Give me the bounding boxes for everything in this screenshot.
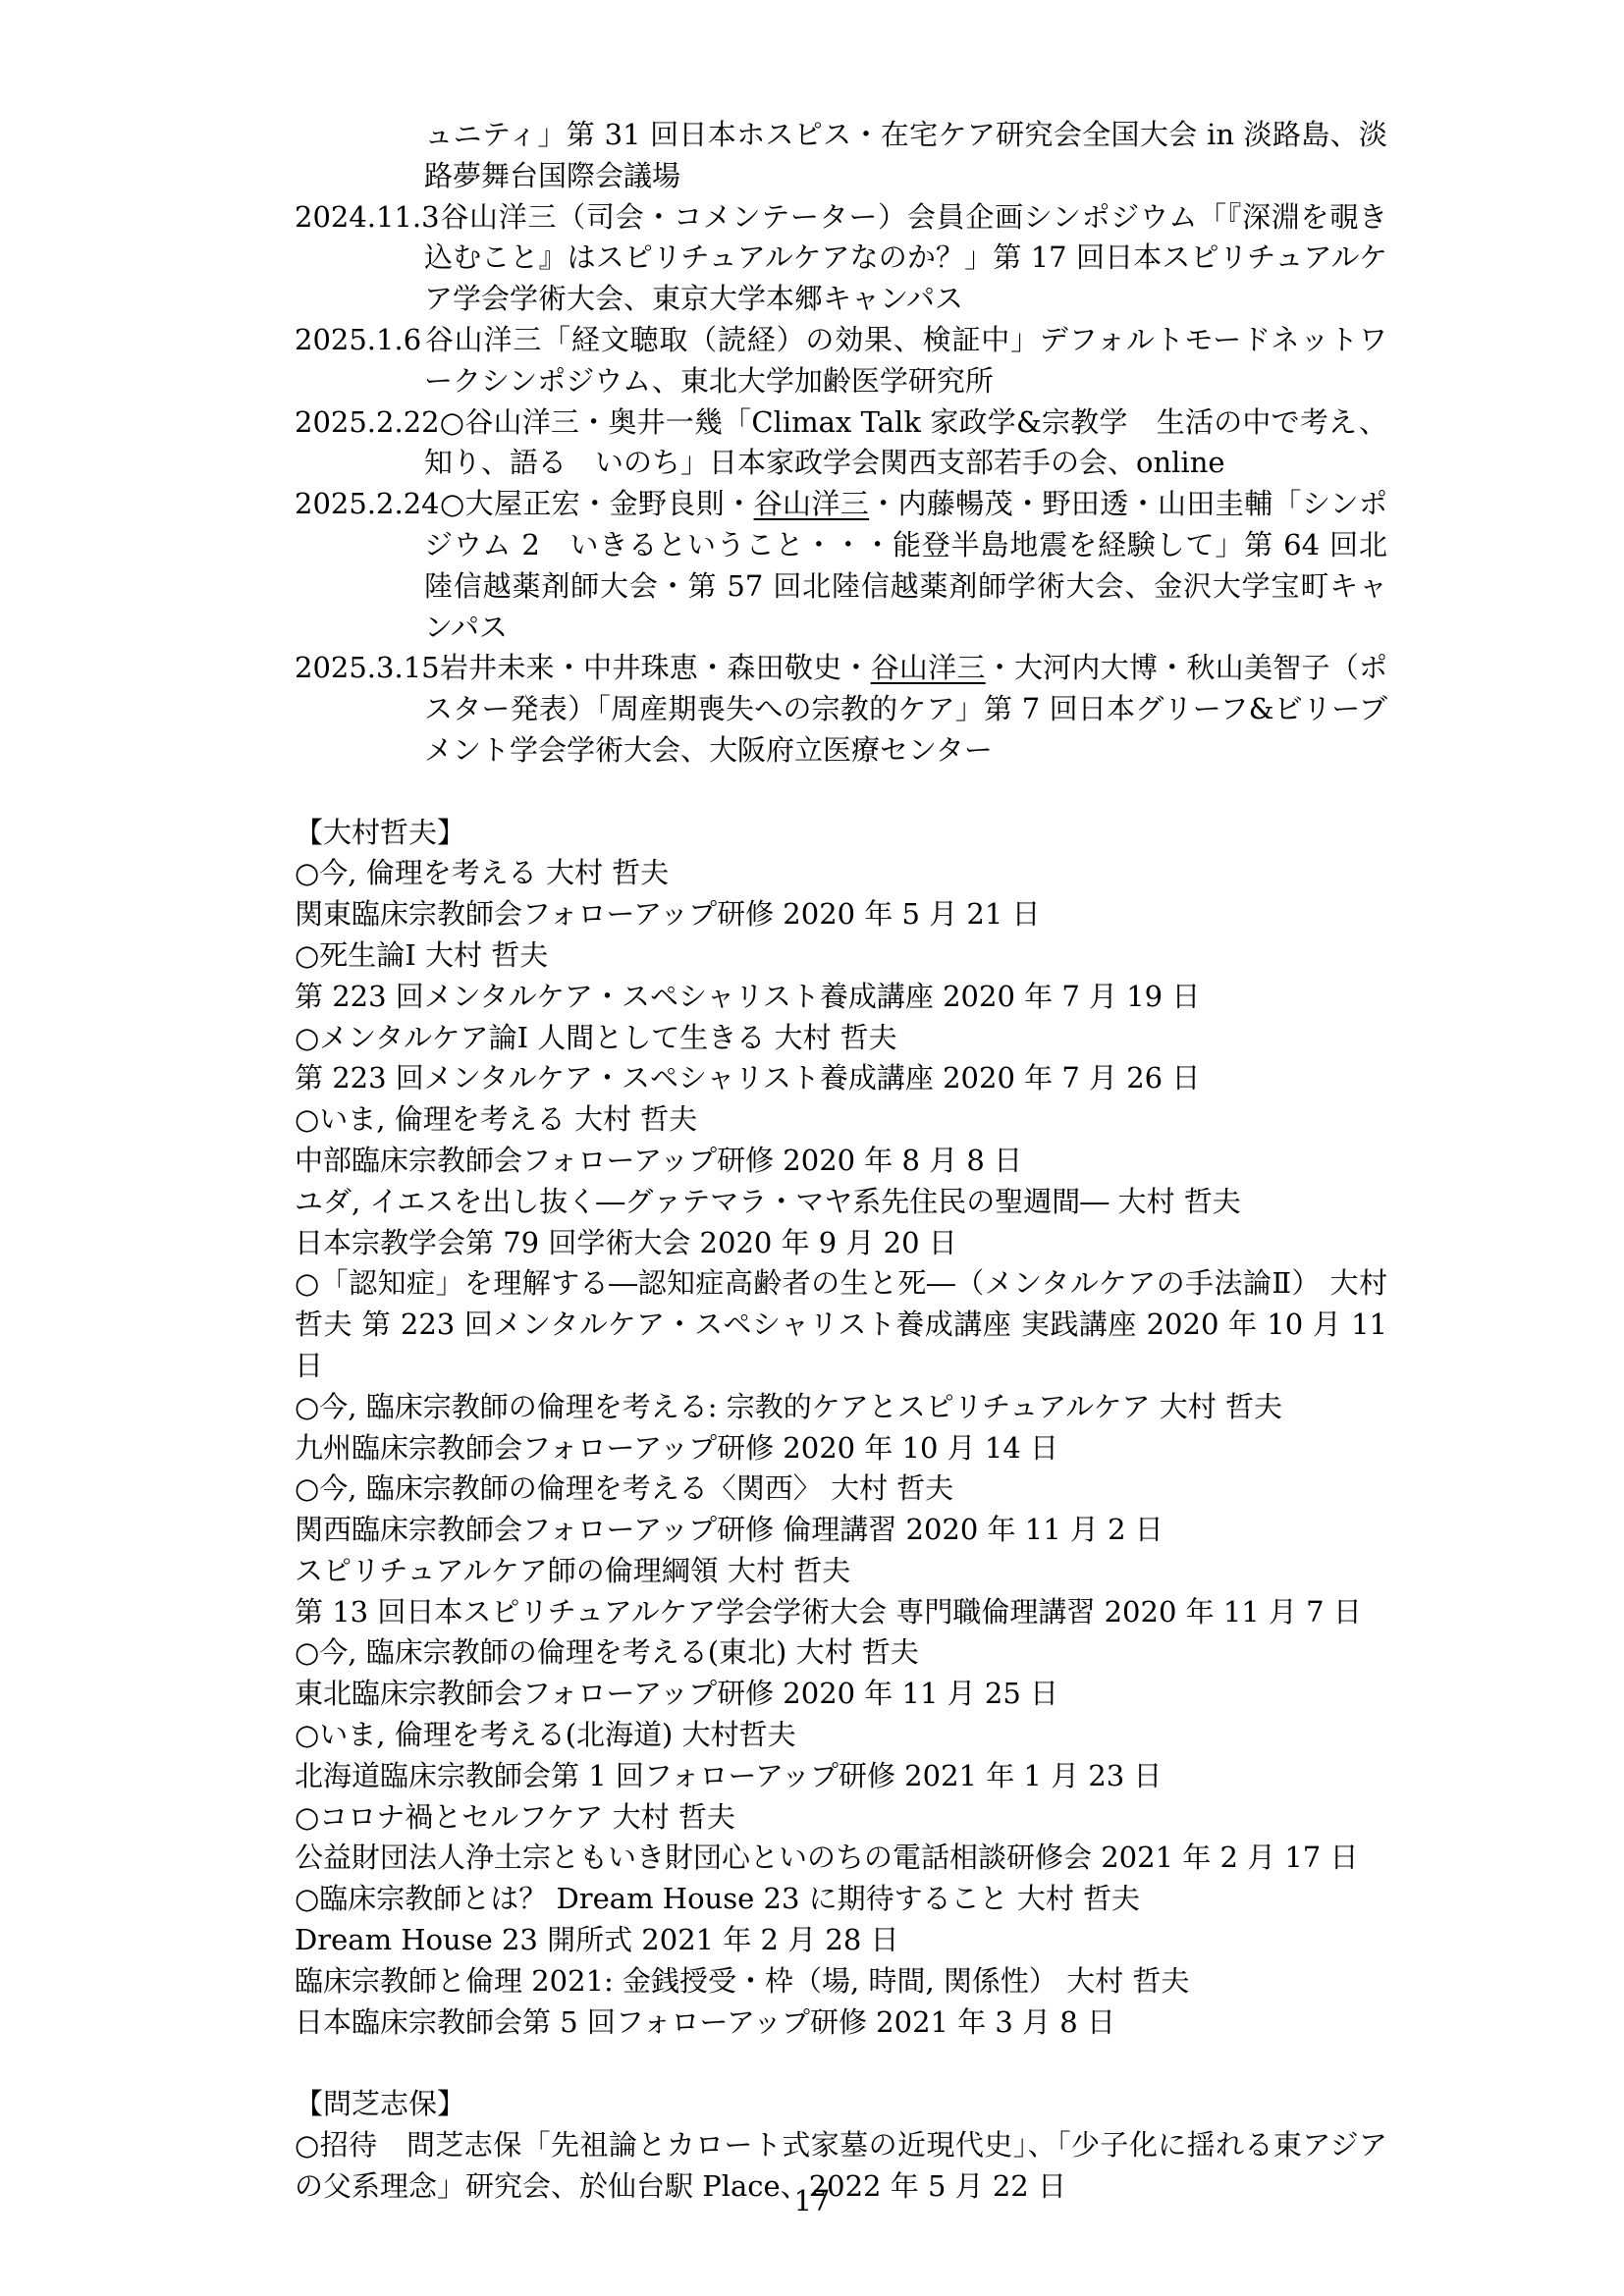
entry-text: 岩井未来・中井珠恵・森田敬史・ <box>440 651 871 684</box>
list-line: 公益財団法人浄土宗ともいき財団心といのちの電話相談研修会 2021 年 2 月 … <box>295 1838 1387 1879</box>
list-line: ユダ, イエスを出し抜く―グァテマラ・マヤ系先住民の聖週間― 大村 哲夫 <box>295 1182 1387 1223</box>
list-line: ○今, 臨床宗教師の倫理を考える(東北) 大村 哲夫 <box>295 1632 1387 1674</box>
list-line: Dream House 23 開所式 2021 年 2 月 28 日 <box>295 1920 1387 1961</box>
presentation-entry: 2025.1.6谷山洋三「経文聴取（読経）の効果、検証中」デフォルトモードネット… <box>295 320 1387 402</box>
list-line: ○今, 倫理を考える 大村 哲夫 <box>295 853 1387 894</box>
list-line: 日本臨床宗教師会第 5 回フォローアップ研修 2021 年 3 月 8 日 <box>295 2002 1387 2044</box>
list-line: 第 223 回メンタルケア・スペシャリスト養成講座 2020 年 7 月 19 … <box>295 977 1387 1018</box>
list-line: ○いま, 倫理を考える 大村 哲夫 <box>295 1099 1387 1141</box>
list-line: ○臨床宗教師とは？ Dream House 23 に期待すること 大村 哲夫 <box>295 1879 1387 1920</box>
section-heading: 【大村哲夫】 <box>295 813 1387 854</box>
presentation-entry: ュニティ」第 31 回日本ホスピス・在宅ケア研究会全国大会 in 淡路島、淡路夢… <box>295 115 1387 197</box>
presentation-entry: 2025.2.24○大屋正宏・金野良則・谷山洋三・内藤暢茂・野田透・山田圭輔「シ… <box>295 484 1387 648</box>
presentation-entry: 2024.11.3谷山洋三（司会・コメンテーター）会員企画シンポジウム「『深淵を… <box>295 197 1387 320</box>
entry-text: ○谷山洋三・奥井一幾「Climax Talk 家政学&宗教学 生活の中で考え、知… <box>424 405 1387 480</box>
entry-date: 2025.2.22 <box>295 402 440 444</box>
list-line: 日本宗教学会第 79 回学術大会 2020 年 9 月 20 日 <box>295 1223 1387 1264</box>
list-line: ○死生論Ⅰ 大村 哲夫 <box>295 935 1387 977</box>
list-line: ○メンタルケア論Ⅰ 人間として生きる 大村 哲夫 <box>295 1018 1387 1059</box>
section-omura-tetsuo: 【大村哲夫】○今, 倫理を考える 大村 哲夫関東臨床宗教師会フォローアップ研修 … <box>295 813 1387 2044</box>
list-line: 臨床宗教師と倫理 2021: 金銭授受・枠（場, 時間, 関係性） 大村 哲夫 <box>295 1961 1387 2002</box>
page-number: 17 <box>0 2181 1624 2222</box>
section-heading: 【問芝志保】 <box>295 2084 1387 2125</box>
list-line: 九州臨床宗教師会フォローアップ研修 2020 年 10 月 14 日 <box>295 1428 1387 1469</box>
list-line: ○いま, 倫理を考える(北海道) 大村哲夫 <box>295 1715 1387 1756</box>
document-page: ュニティ」第 31 回日本ホスピス・在宅ケア研究会全国大会 in 淡路島、淡路夢… <box>0 0 1624 2296</box>
list-line: ○今, 臨床宗教師の倫理を考える: 宗教的ケアとスピリチュアルケア 大村 哲夫 <box>295 1387 1387 1428</box>
list-line: 北海道臨床宗教師会第 1 回フォローアップ研修 2021 年 1 月 23 日 <box>295 1756 1387 1797</box>
entry-date: 2025.3.15 <box>295 648 440 689</box>
underlined-author: 谷山洋三 <box>754 487 870 520</box>
list-line: 第 13 回日本スピリチュアルケア学会学術大会 専門職倫理講習 2020 年 1… <box>295 1592 1387 1633</box>
list-line: ○「認知症」を理解する―認知症高齢者の生と死―（メンタルケアの手法論Ⅱ） 大村 … <box>295 1263 1387 1386</box>
list-line: ○コロナ禍とセルフケア 大村 哲夫 <box>295 1797 1387 1839</box>
list-line: 関東臨床宗教師会フォローアップ研修 2020 年 5 月 21 日 <box>295 894 1387 935</box>
underlined-author: 谷山洋三 <box>871 651 986 684</box>
list-line: スピリチュアルケア師の倫理綱領 大村 哲夫 <box>295 1551 1387 1592</box>
section-taniyama-presentations-continued: ュニティ」第 31 回日本ホスピス・在宅ケア研究会全国大会 in 淡路島、淡路夢… <box>295 115 1387 772</box>
entry-date: 2025.2.24 <box>295 484 440 525</box>
list-line: 第 223 回メンタルケア・スペシャリスト養成講座 2020 年 7 月 26 … <box>295 1058 1387 1099</box>
list-line: ○今, 臨床宗教師の倫理を考える〈関西〉 大村 哲夫 <box>295 1468 1387 1510</box>
entry-text: ュニティ」第 31 回日本ホスピス・在宅ケア研究会全国大会 in 淡路島、淡路夢… <box>424 118 1387 192</box>
entry-text: 谷山洋三（司会・コメンテーター）会員企画シンポジウム「『深淵を覗き込むこと』はス… <box>424 200 1387 316</box>
list-line: 東北臨床宗教師会フォローアップ研修 2020 年 11 月 25 日 <box>295 1674 1387 1715</box>
presentation-entry: 2025.2.22○谷山洋三・奥井一幾「Climax Talk 家政学&宗教学 … <box>295 402 1387 485</box>
entry-text: 谷山洋三「経文聴取（読経）の効果、検証中」デフォルトモードネットワークシンポジウ… <box>424 323 1387 398</box>
presentation-entry: 2025.3.15岩井未来・中井珠恵・森田敬史・谷山洋三・大河内大博・秋山美智子… <box>295 648 1387 771</box>
entry-date: 2024.11.3 <box>295 197 440 239</box>
list-line: 中部臨床宗教師会フォローアップ研修 2020 年 8 月 8 日 <box>295 1141 1387 1182</box>
page-content: ュニティ」第 31 回日本ホスピス・在宅ケア研究会全国大会 in 淡路島、淡路夢… <box>295 115 1387 2208</box>
entry-text: ○大屋正宏・金野良則・ <box>440 487 754 520</box>
list-line: 関西臨床宗教師会フォローアップ研修 倫理講習 2020 年 11 月 2 日 <box>295 1510 1387 1551</box>
entry-date: 2025.1.6 <box>295 320 424 361</box>
